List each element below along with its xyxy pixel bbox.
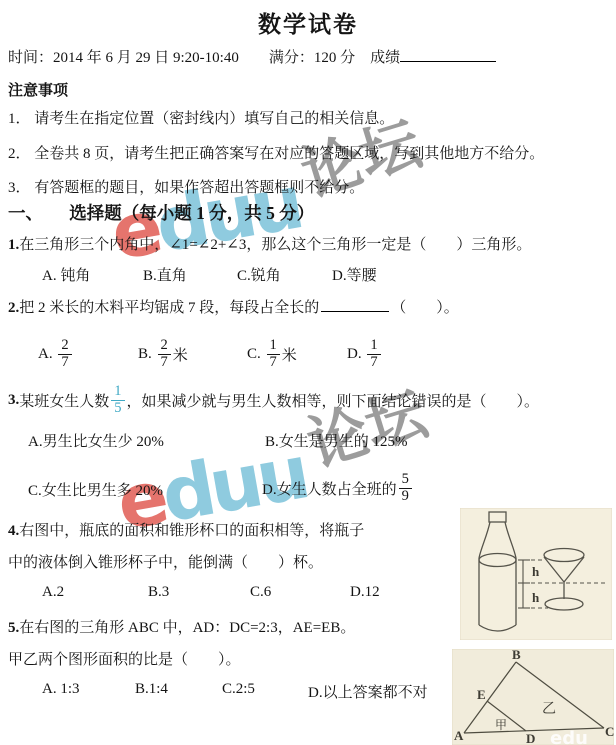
- header-info-line: 时间：2014 年 6 月 29 日 9:20-10:40 满分：120 分 成…: [8, 46, 608, 67]
- q1-option-a: A. 钝角: [42, 264, 90, 285]
- question-5-line1: 5.在右图的三角形 ABC 中，AD：DC=2:3，AE=EB。: [8, 616, 458, 637]
- question-3-options-cd: C.女生比男生多 20% D.女生人数占全班的59: [0, 468, 616, 508]
- fraction: 59: [399, 472, 412, 503]
- point-d-label: D: [526, 731, 535, 745]
- spacer: [362, 346, 366, 363]
- note-item-3: 3． 有答题框的题目，如果作答超出答题框则不给分。: [8, 176, 364, 197]
- option-suffix: 米: [173, 344, 188, 365]
- q2-option-a: A. 27: [38, 331, 74, 377]
- vertex-b-label: B: [512, 649, 521, 662]
- option-label: C.: [247, 346, 261, 363]
- fraction-denominator: 7: [367, 355, 380, 370]
- bottle-cone-figure: h h: [460, 508, 612, 640]
- q5-option-a: A. 1:3: [42, 681, 80, 698]
- q2-option-b: B. 27米: [138, 331, 188, 377]
- question-2-options: A. 27 B. 27米 C. 17米 D. 17: [0, 331, 616, 377]
- spacer: [152, 346, 156, 363]
- option-label: D.女生人数占全班的: [262, 478, 397, 499]
- fraction-numerator: 2: [58, 338, 71, 354]
- exam-page: eduu 论坛 eduu 论坛 数学试卷 时间：2014 年 6 月 29 日 …: [0, 0, 616, 745]
- q3-inline-fraction: 15: [111, 384, 124, 415]
- note-item-1: 1． 请考生在指定位置（密封线内）填写自己的相关信息。: [8, 107, 394, 128]
- triangle-figure: A B C D E 甲 乙 edu: [452, 649, 614, 745]
- question-4-body-line1: 右图中，瓶底的面积和锥形杯口的面积相等，将瓶子: [19, 523, 364, 539]
- point-e-label: E: [477, 687, 486, 702]
- fraction: 17: [367, 338, 380, 369]
- option-label: D.: [347, 346, 362, 363]
- fraction-numerator: 5: [399, 472, 412, 488]
- fraction: 17: [267, 338, 280, 369]
- question-2-text: 2.把 2 米长的木料平均锯成 7 段，每段占全长的（ ）。: [8, 296, 608, 317]
- question-3-body-after: ，如果减少就与男生人数相等，则下面结论错误的是（ ）。: [127, 390, 540, 411]
- q3-option-d: D.女生人数占全班的59: [262, 468, 414, 508]
- q3-option-b: B.女生是男生的 125%: [265, 430, 408, 451]
- q4-option-a: A.2: [42, 584, 64, 601]
- fraction-numerator: 1: [267, 338, 280, 354]
- fraction: 27: [158, 338, 171, 369]
- h-upper-label: h: [532, 564, 540, 579]
- q5-option-d: D.以上答案都不对: [308, 681, 428, 702]
- fraction-denominator: 7: [267, 355, 280, 370]
- time-label: 时间：2014 年 6 月 29 日 9:20-10:40: [8, 50, 239, 66]
- question-1-text: 1.在三角形三个内角中，∠1=∠2+∠3，那么这个三角形一定是（ ）三角形。: [8, 233, 608, 254]
- vertex-c-label: C: [605, 724, 614, 739]
- question-2-parens: （ ）。: [391, 300, 459, 316]
- section-heading: 一、 选择题（每小题 1 分，共 5 分）: [8, 200, 314, 225]
- q4-option-b: B.3: [148, 584, 169, 601]
- spacer: [53, 346, 57, 363]
- question-4-line1: 4.右图中，瓶底的面积和锥形杯口的面积相等，将瓶子: [8, 519, 458, 540]
- q5-option-b: B.1:4: [135, 681, 168, 698]
- q2-option-d: D. 17: [347, 331, 383, 377]
- region-jia-label: 甲: [495, 718, 507, 732]
- h-lower-label: h: [532, 590, 540, 605]
- full-score-label: 满分：120 分: [269, 50, 355, 66]
- option-suffix: 米: [282, 344, 297, 365]
- q1-option-b: B.直角: [143, 264, 187, 285]
- q3-option-c: C.女生比男生多 20%: [28, 479, 163, 500]
- question-5-number: 5.: [8, 620, 19, 636]
- q1-option-d: D.等腰: [332, 264, 377, 285]
- q4-option-c: C.6: [250, 584, 271, 601]
- fraction: 27: [58, 338, 71, 369]
- question-2-number: 2.: [8, 300, 19, 316]
- fraction-numerator: 1: [367, 338, 380, 354]
- question-5-line2: 甲乙两个图形面积的比是（ ）。: [8, 648, 458, 669]
- q5-option-c: C.2:5: [222, 681, 255, 698]
- fraction-numerator: 1: [111, 384, 124, 400]
- question-3-body-before: 某班女生人数: [19, 390, 109, 411]
- question-1-body: 在三角形三个内角中，∠1=∠2+∠3，那么这个三角形一定是（ ）三角形。: [19, 237, 531, 253]
- question-1-number: 1.: [8, 237, 19, 253]
- grade-blank-line: [400, 47, 496, 62]
- photo-watermark-text: edu: [550, 728, 588, 745]
- q2-option-c: C. 17米: [247, 331, 297, 377]
- q4-option-d: D.12: [350, 584, 380, 601]
- question-4-line2: 中的液体倒入锥形杯子中，能倒满（ ）杯。: [8, 551, 458, 572]
- question-4-number: 4.: [8, 523, 19, 539]
- option-label: A.: [38, 346, 53, 363]
- spacer: [239, 50, 269, 66]
- question-3-text: 3.某班女生人数15，如果减少就与男生人数相等，则下面结论错误的是（ ）。: [8, 378, 608, 422]
- fraction-denominator: 9: [399, 489, 412, 504]
- q2-blank-line: [321, 297, 389, 312]
- question-1-options: A. 钝角 B.直角 C.锐角 D.等腰: [0, 264, 616, 282]
- question-5-body-line1: 在右图的三角形 ABC 中，AD：DC=2:3，AE=EB。: [19, 620, 355, 636]
- exam-title: 数学试卷: [0, 6, 616, 39]
- fraction-denominator: 7: [58, 355, 71, 370]
- q3-option-a: A.男生比女生少 20%: [28, 430, 164, 451]
- question-2-body: 把 2 米长的木料平均锯成 7 段，每段占全长的: [19, 300, 319, 316]
- vertex-a-label: A: [454, 728, 464, 743]
- region-yi-label: 乙: [542, 702, 556, 717]
- notes-heading: 注意事项: [8, 79, 68, 100]
- grade-label: 成绩: [370, 50, 400, 66]
- fraction-denominator: 7: [158, 355, 171, 370]
- option-label: B.: [138, 346, 152, 363]
- fraction-numerator: 2: [158, 338, 171, 354]
- question-3-options-ab: A.男生比女生少 20% B.女生是男生的 125%: [0, 430, 616, 448]
- q1-option-c: C.锐角: [237, 264, 281, 285]
- question-3-number: 3.: [8, 392, 19, 409]
- fraction-denominator: 5: [111, 401, 124, 416]
- spacer: [355, 50, 370, 66]
- note-item-2: 2． 全卷共 8 页，请考生把正确答案写在对应的答题区域，写到其他地方不给分。: [8, 142, 544, 163]
- spacer: [261, 346, 265, 363]
